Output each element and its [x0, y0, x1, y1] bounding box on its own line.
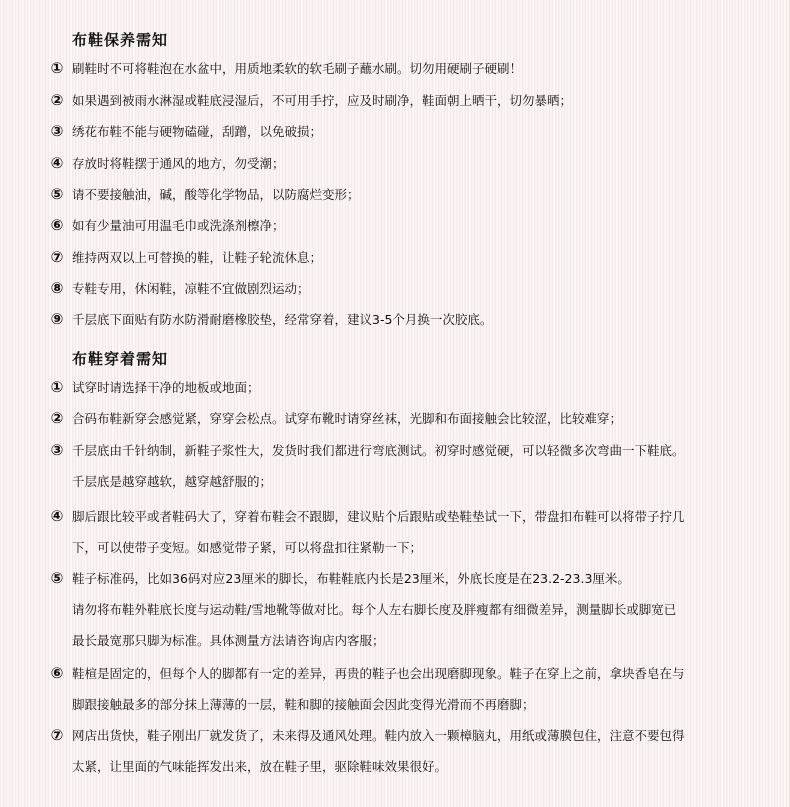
wear-title: 布鞋穿着需知	[72, 348, 168, 369]
number-5-icon: ⑤	[46, 179, 68, 210]
wear-item-6: ⑥鞋楦是固定的，但每个人的脚都有一定的差异，再贵的鞋子也会出现磨脚现象。鞋子在穿…	[46, 658, 780, 720]
number-7-icon: ⑦	[46, 720, 68, 751]
number-2-icon: ②	[46, 85, 68, 116]
number-3-icon: ③	[46, 435, 68, 466]
care-item-3: ③绣花布鞋不能与硬物磕碰，刮蹭，以免破损；	[46, 116, 780, 147]
wear-item-4: ④脚后跟比较平或者鞋码大了，穿着布鞋会不跟脚，建议贴个后跟贴或垫鞋垫试一下，带盘…	[46, 501, 780, 563]
number-1-icon: ①	[46, 53, 68, 84]
wear-item-2: ②合码布鞋新穿会感觉紧，穿穿会松点。试穿布靴时请穿丝袜，光脚和布面接触会比较涩，…	[46, 403, 780, 434]
care-title: 布鞋保养需知	[72, 29, 168, 50]
care-item-8: ⑧专鞋专用，休闲鞋，凉鞋不宜做剧烈运动；	[46, 273, 780, 304]
care-item-4: ④存放时将鞋摆于通风的地方，勿受潮；	[46, 148, 780, 179]
number-9-icon: ⑨	[46, 304, 68, 335]
wear-item-7: ⑦网店出货快，鞋子刚出厂就发货了，未来得及通风处理。鞋内放入一颗樟脑丸，用纸或薄…	[46, 720, 780, 782]
number-3-icon: ③	[46, 116, 68, 147]
number-5-icon: ⑤	[46, 563, 68, 594]
wear-item-3: ③千层底由千针纳制，新鞋子浆性大，发货时我们都进行弯底测试。初穿时感觉硬，可以轻…	[46, 435, 780, 497]
wear-item-5: ⑤鞋子标准码，比如36码对应23厘米的脚长，布鞋鞋底内长是23厘米，外底长度是在…	[46, 563, 780, 656]
number-8-icon: ⑧	[46, 273, 68, 304]
care-item-6: ⑥如有少量油可用温毛巾或洗涤剂檫净；	[46, 210, 780, 241]
care-item-5: ⑤请不要接触油，碱，酸等化学物品，以防腐烂变形；	[46, 179, 780, 210]
number-2-icon: ②	[46, 403, 68, 434]
number-4-icon: ④	[46, 501, 68, 532]
number-4-icon: ④	[46, 148, 68, 179]
number-6-icon: ⑥	[46, 210, 68, 241]
care-item-1: ①刷鞋时不可将鞋泡在水盆中，用质地柔软的软毛刷子蘸水刷。切勿用硬刷子硬刷！	[46, 53, 780, 84]
care-item-2: ②如果遇到被雨水淋湿或鞋底浸湿后，不可用手拧，应及时刷净，鞋面朝上晒干，切勿暴晒…	[46, 85, 780, 116]
wear-item-1: ①试穿时请选择干净的地板或地面；	[46, 372, 780, 403]
number-1-icon: ①	[46, 372, 68, 403]
number-6-icon: ⑥	[46, 658, 68, 689]
care-item-7: ⑦维持两双以上可替换的鞋，让鞋子轮流休息；	[46, 242, 780, 273]
number-7-icon: ⑦	[46, 242, 68, 273]
care-item-9: ⑨千层底下面贴有防水防滑耐磨橡胶垫，经常穿着，建议3-5个月换一次胶底。	[46, 304, 780, 335]
